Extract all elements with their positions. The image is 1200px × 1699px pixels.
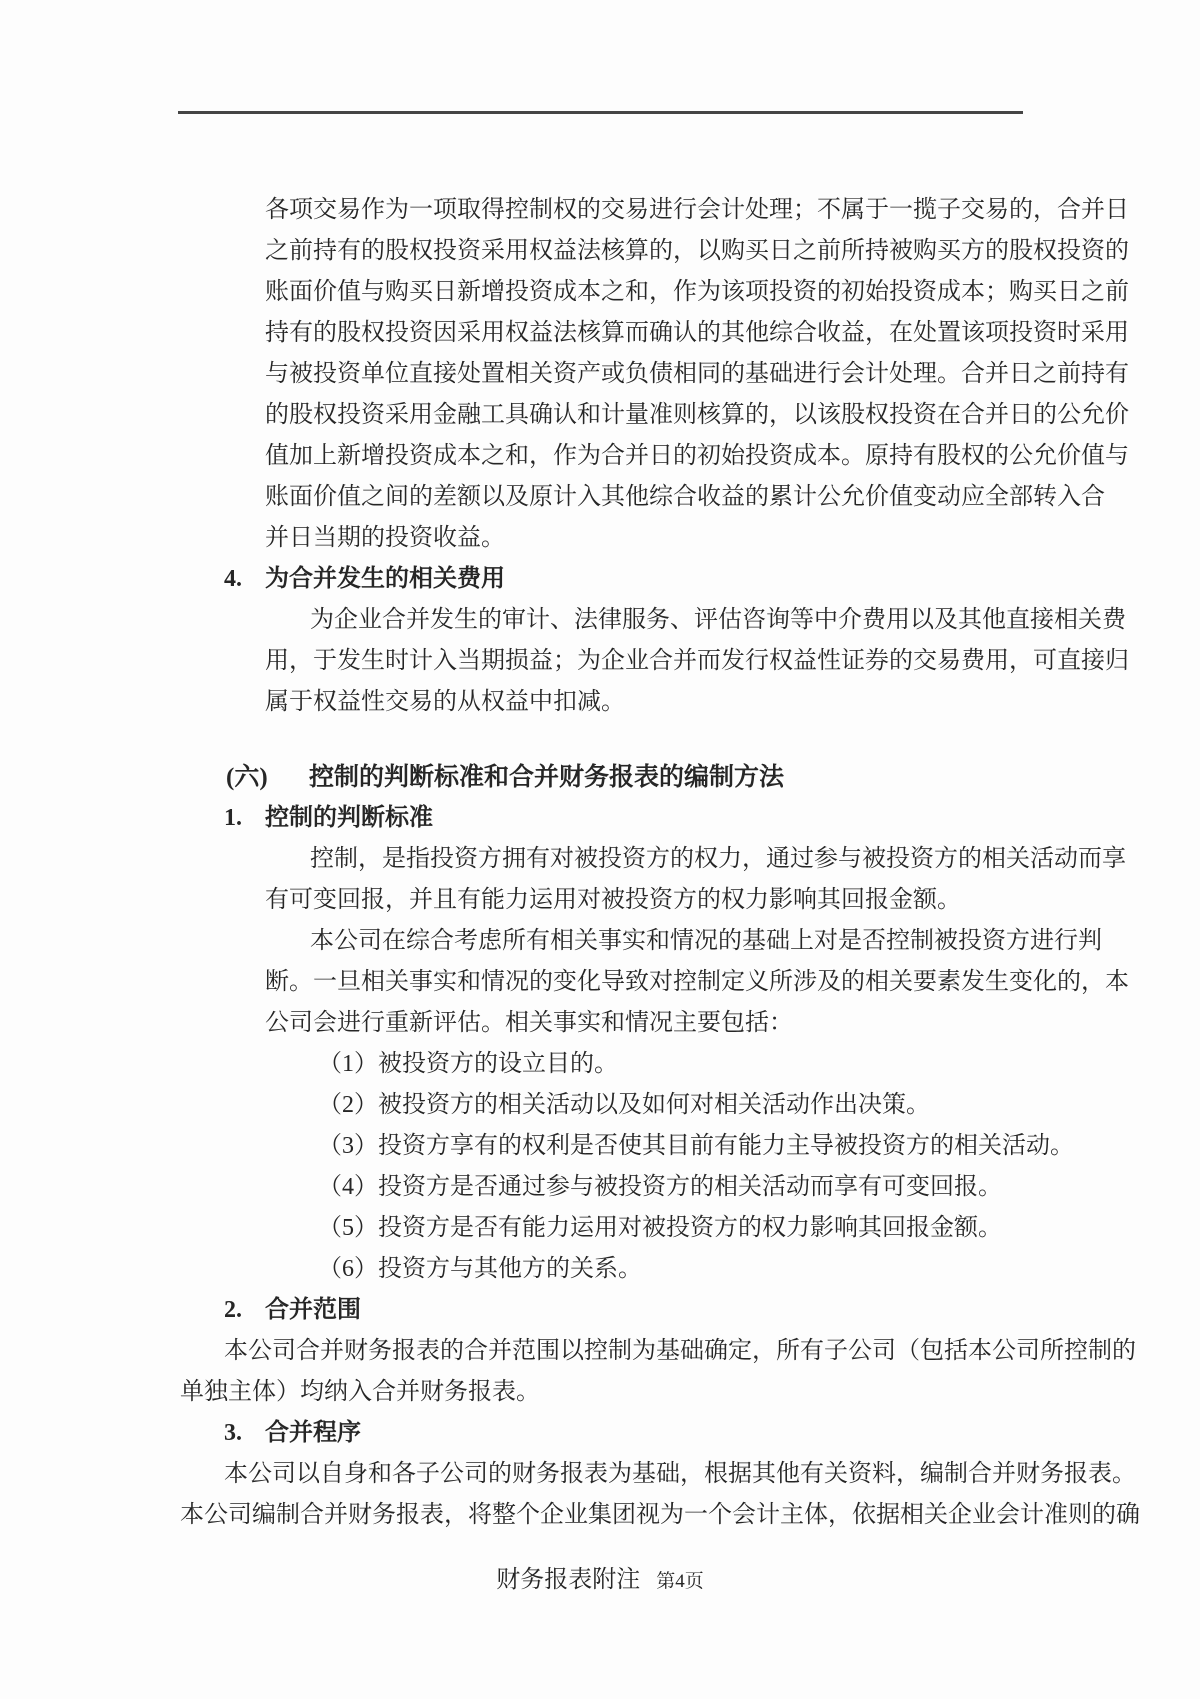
heading-title: 控制的判断标准 — [265, 805, 433, 831]
heading-number: 4. — [224, 559, 242, 600]
heading-title: 为合并发生的相关费用 — [265, 566, 505, 592]
body-line: 本公司编制合并财务报表，将整个企业集团视为一个会计主体，依据相关企业会计准则的确 — [180, 1495, 1023, 1536]
list-item: （4）投资方是否通过参与被投资方的相关活动而享有可变回报。 — [318, 1167, 1017, 1208]
body-line: 公司会进行重新评估。相关事实和情况主要包括： — [265, 1003, 1017, 1044]
heading-consolidation-procedure: 3. 合并程序 — [265, 1413, 1017, 1454]
body-line: 用，于发生时计入当期损益；为企业合并而发行权益性证券的交易费用，可直接归 — [265, 641, 1017, 682]
body-line: 并日当期的投资收益。 — [265, 518, 1017, 559]
heading-control-criteria: 1. 控制的判断标准 — [265, 798, 1017, 839]
body-line: 本公司以自身和各子公司的财务报表为基础，根据其他有关资料，编制合并财务报表。 — [180, 1454, 1023, 1495]
body-line: 各项交易作为一项取得控制权的交易进行会计处理；不属于一揽子交易的，合并日 — [265, 190, 1017, 231]
list-item: （2）被投资方的相关活动以及如何对相关活动作出决策。 — [318, 1085, 1017, 1126]
document-body: 各项交易作为一项取得控制权的交易进行会计处理；不属于一揽子交易的，合并日 之前持… — [265, 190, 1017, 1536]
section-number: (六) — [226, 757, 268, 798]
heading-title: 合并范围 — [265, 1297, 361, 1323]
body-line: 控制，是指投资方拥有对被投资方的权力，通过参与被投资方的相关活动而享 — [265, 839, 1017, 880]
document-page: 各项交易作为一项取得控制权的交易进行会计处理；不属于一揽子交易的，合并日 之前持… — [0, 0, 1200, 1699]
list-item: （5）投资方是否有能力运用对被投资方的权力影响其回报金额。 — [318, 1208, 1017, 1249]
list-item: （6）投资方与其他方的关系。 — [318, 1249, 1017, 1290]
footer-page-number: 第4页 — [656, 1571, 704, 1592]
body-line: 账面价值与购买日新增投资成本之和，作为该项投资的初始投资成本；购买日之前 — [265, 272, 1017, 313]
heading-number: 3. — [224, 1413, 242, 1454]
heading-merger-fees: 4. 为合并发生的相关费用 — [265, 559, 1017, 600]
heading-title: 合并程序 — [265, 1420, 361, 1446]
body-line: 本公司合并财务报表的合并范围以控制为基础确定，所有子公司（包括本公司所控制的 — [180, 1331, 1023, 1372]
header-rule — [178, 111, 1023, 114]
body-line: 有可变回报，并且有能力运用对被投资方的权力影响其回报金额。 — [265, 880, 1017, 921]
heading-consolidation-scope: 2. 合并范围 — [265, 1290, 1017, 1331]
body-line: 账面价值之间的差额以及原计入其他综合收益的累计公允价值变动应全部转入合 — [265, 477, 1017, 518]
body-line: 断。一旦相关事实和情况的变化导致对控制定义所涉及的相关要素发生变化的，本 — [265, 962, 1017, 1003]
page-footer: 财务报表附注 第4页 — [0, 1560, 1200, 1601]
body-line: 为企业合并发生的审计、法律服务、评估咨询等中介费用以及其他直接相关费 — [265, 600, 1017, 641]
body-line: 的股权投资采用金融工具确认和计量准则核算的，以该股权投资在合并日的公允价 — [265, 395, 1017, 436]
section-title: 控制的判断标准和合并财务报表的编制方法 — [309, 764, 784, 791]
body-line: 与被投资单位直接处置相关资产或负债相同的基础进行会计处理。合并日之前持有 — [265, 354, 1017, 395]
list-item: （3）投资方享有的权利是否使其目前有能力主导被投资方的相关活动。 — [318, 1126, 1017, 1167]
body-line: 值加上新增投资成本之和，作为合并日的初始投资成本。原持有股权的公允价值与 — [265, 436, 1017, 477]
body-line: 持有的股权投资因采用权益法核算而确认的其他综合收益，在处置该项投资时采用 — [265, 313, 1017, 354]
body-line: 本公司在综合考虑所有相关事实和情况的基础上对是否控制被投资方进行判 — [265, 921, 1017, 962]
footer-document-title: 财务报表附注 — [496, 1567, 640, 1593]
heading-number: 1. — [224, 798, 242, 839]
body-line: 属于权益性交易的从权益中扣减。 — [265, 682, 1017, 723]
heading-number: 2. — [224, 1290, 242, 1331]
body-line: 单独主体）均纳入合并财务报表。 — [180, 1372, 1023, 1413]
body-line: 之前持有的股权投资采用权益法核算的，以购买日之前所持被购买方的股权投资的 — [265, 231, 1017, 272]
list-item: （1）被投资方的设立目的。 — [318, 1044, 1017, 1085]
section-6-heading: (六) 控制的判断标准和合并财务报表的编制方法 — [265, 757, 1017, 798]
